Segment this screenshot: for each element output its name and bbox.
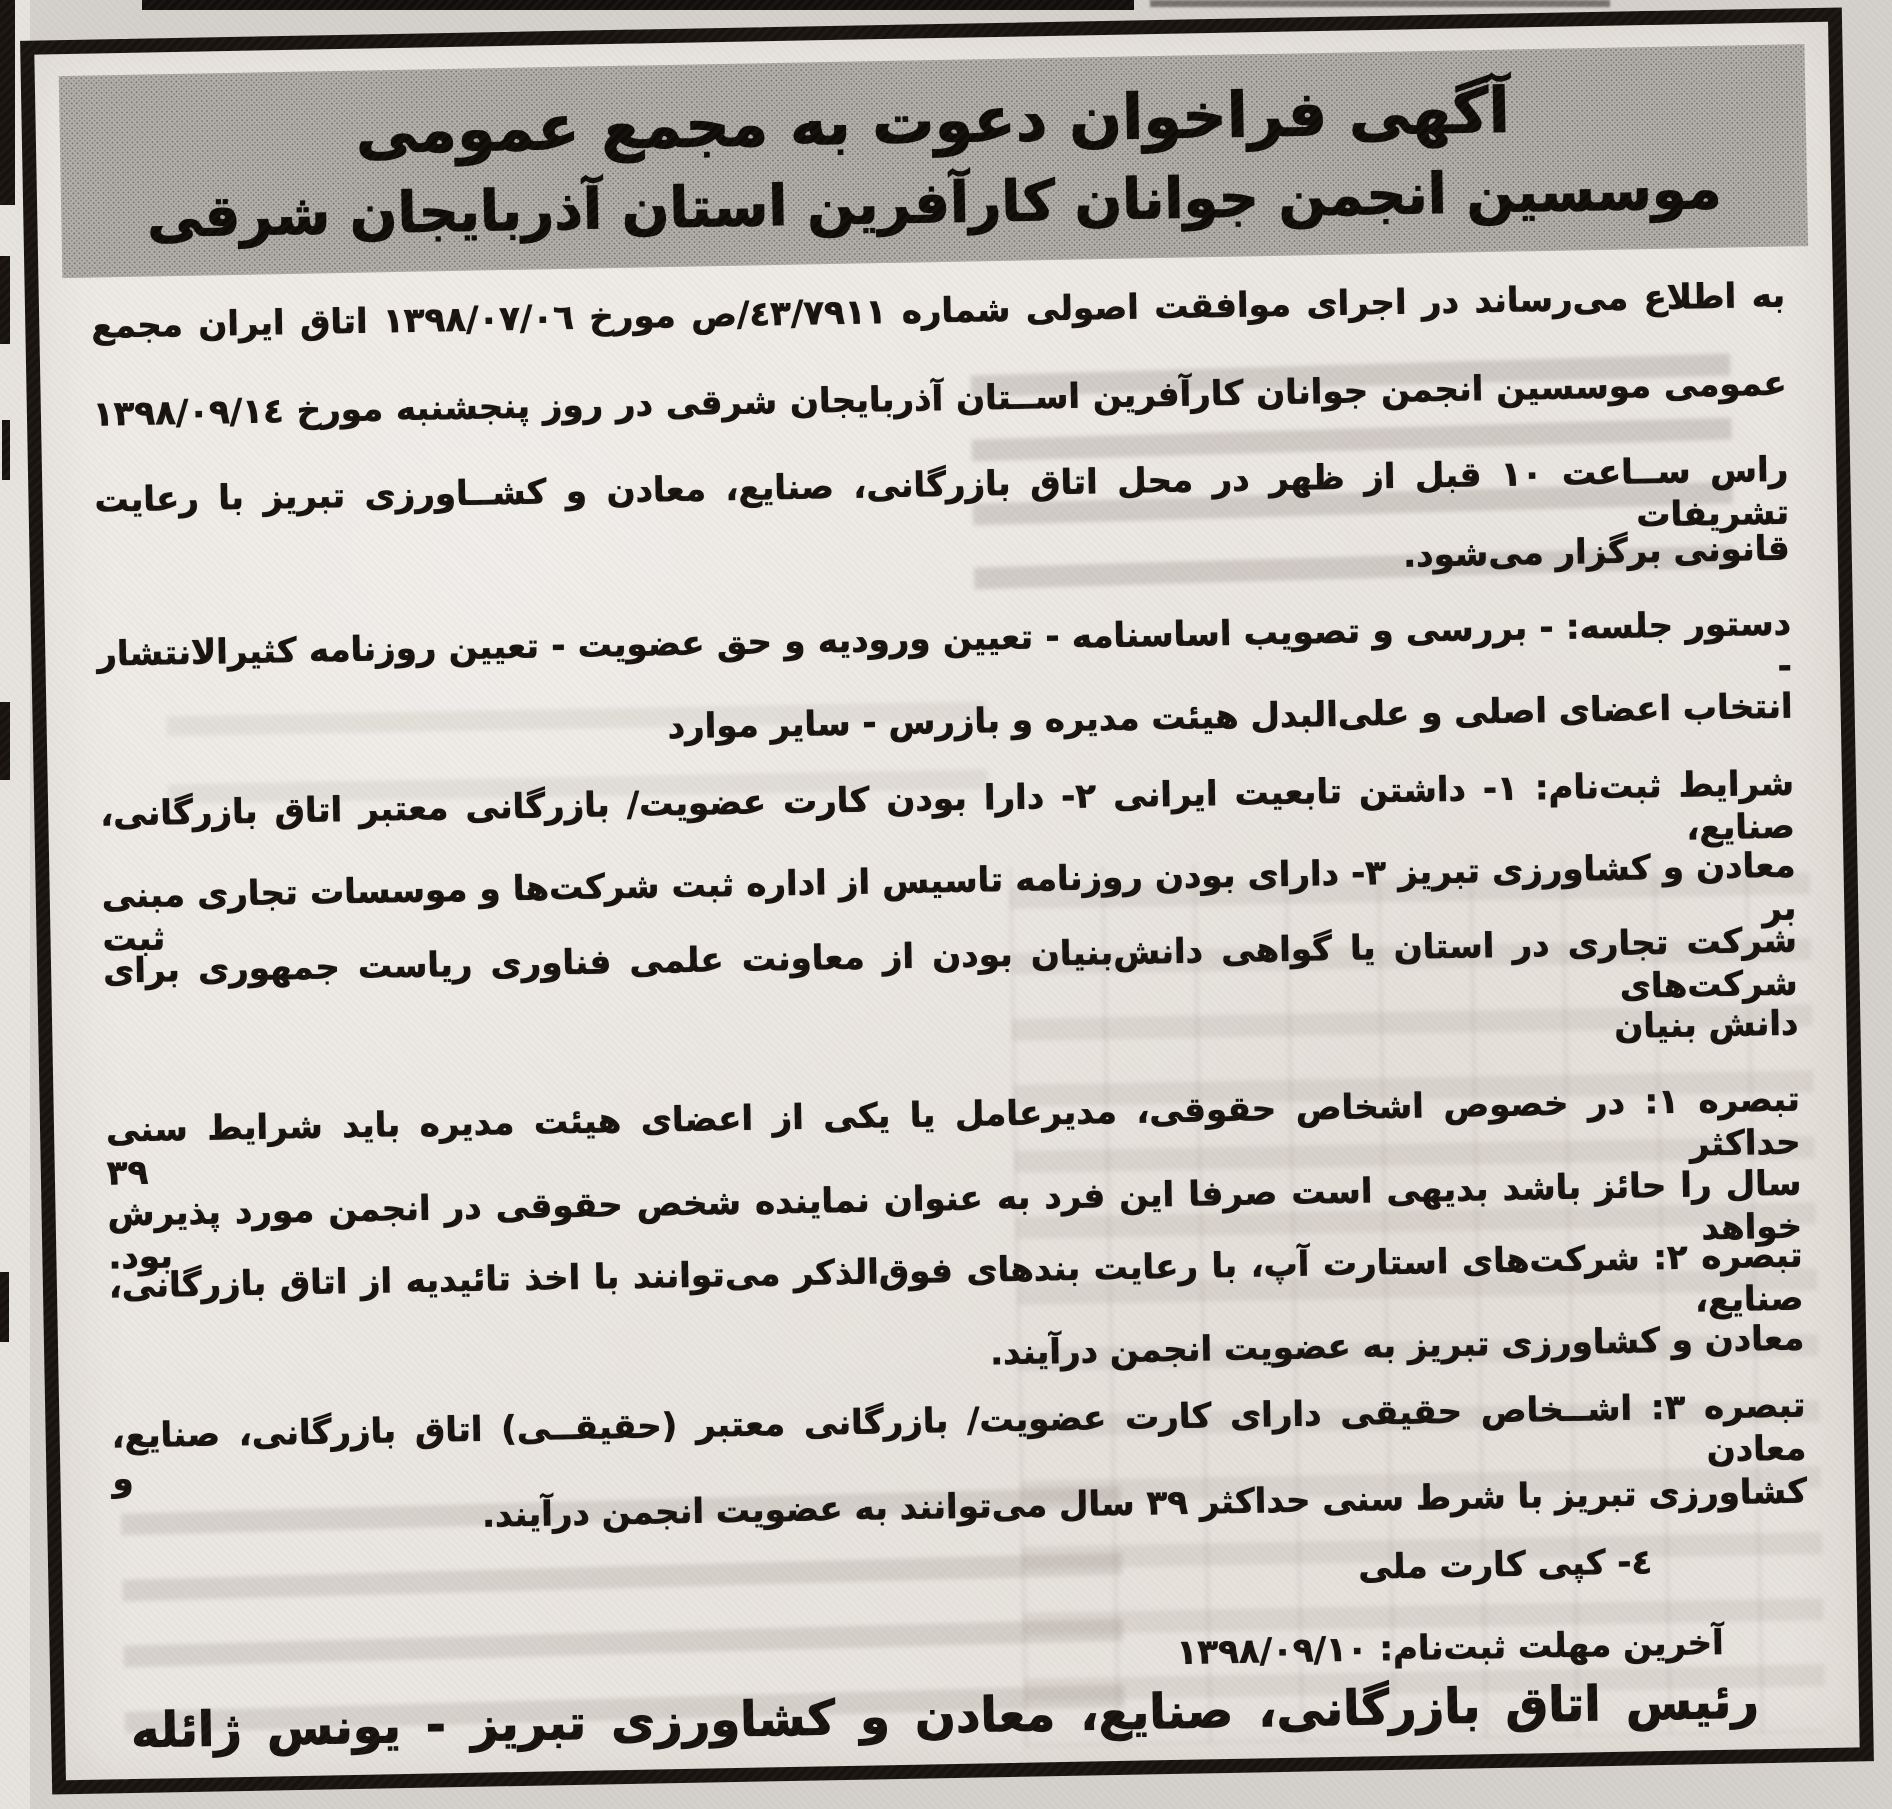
top-edge-remnant: [142, 0, 1134, 10]
gutter-fragment: [0, 0, 15, 205]
body-line: به اطلاع می‌رساند در اجرای موافقت اصولی …: [91, 275, 1785, 349]
gutter-fragment: [0, 702, 10, 780]
gutter-fragment: [0, 1272, 9, 1342]
body-line: قانونی برگزار می‌شود.: [1403, 528, 1790, 578]
gutter-fragment: [2, 420, 10, 480]
registration-deadline-line: آخرین مهلت ثبت‌نام: ١٣٩٨/٠٩/١٠: [1176, 1622, 1724, 1675]
notice-frame: آگهی فراخوان دعوت به مجمع عمومی موسسین ا…: [20, 7, 1874, 1794]
signature-line: رئیس اتاق بازرگانی، صنایع، معادن و کشاور…: [131, 1671, 1760, 1761]
gutter-fragment: [0, 256, 10, 344]
newspaper-scan: { "notice": { "header": { "line1": "آگهی…: [0, 0, 1892, 1809]
body-line: عمومی موسسین انجمن جوانان کارآفرین اســت…: [93, 363, 1787, 437]
body-line: دانش بنیان: [1614, 1002, 1799, 1048]
attachment-item-line: ٤- کپی کارت ملی: [1358, 1541, 1653, 1589]
notice-body: به اطلاع می‌رساند در اجرای موافقت اصولی …: [34, 22, 1859, 1781]
top-edge-remnant-faint: [1150, 0, 1610, 7]
